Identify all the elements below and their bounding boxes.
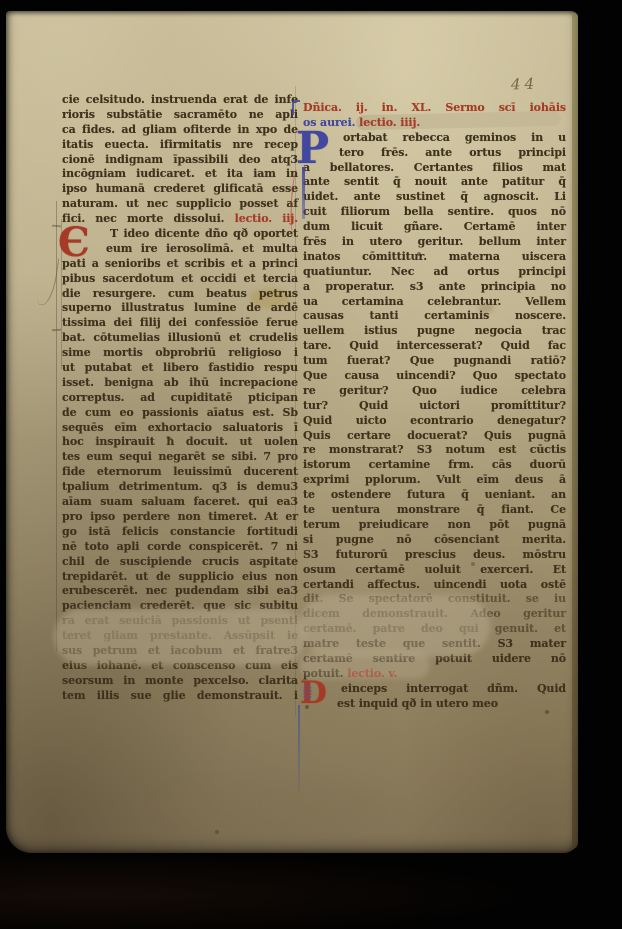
- body-text: seorsum in monte pexcelso. clarita: [62, 674, 298, 687]
- body-text: chil de suscipiende crucis aspitate: [62, 555, 298, 568]
- dark-table-surface: [0, 845, 622, 929]
- manuscript-line: certandi affectus. uincendi uota ostē: [303, 578, 566, 593]
- body-text: itatis euecta. ifirmitatis nre recep: [62, 138, 298, 151]
- manuscript-line: rioris substātie sacramēto ne apli: [62, 108, 298, 123]
- manuscript-line: hoc inspirauit ħ docuit. ut uolen: [62, 435, 298, 450]
- body-text: pibus sacerdotum et occidi et tercia: [62, 272, 298, 285]
- manuscript-line: os aurei. lectio. iiij.: [303, 116, 566, 131]
- manuscript-line: tem illis sue glie demonstrauit. i: [62, 689, 298, 704]
- body-text: Que causa uincendi? Quo spectato: [303, 369, 566, 382]
- parchment-speckles: [6, 11, 8, 13]
- manuscript-line: frēs in utero geritur. bellum inter: [303, 235, 566, 250]
- body-text: quatiuntur. Nec ad ortus principi: [303, 265, 566, 278]
- body-text: nē toto apli corde conspicerēt. 7 ni: [62, 540, 298, 553]
- body-text: die resurgere. cum beatus petrus: [62, 287, 298, 300]
- manuscript-line: istorum certamine frm. cās duorū: [303, 458, 566, 473]
- manuscript-line: inatos cōmittitur. materna uiscera: [303, 250, 566, 265]
- manuscript-line: Quid uicto econtrario denegatur?: [303, 414, 566, 429]
- body-text: si pugne nō cōsenciant merita.: [303, 533, 566, 546]
- manuscript-line: S3 futurorū prescius deus. mōstru: [303, 548, 566, 563]
- body-text: tum fuerat? Que pugnandi ratiō?: [303, 354, 566, 367]
- manuscript-line: pro ipso perdere non timeret. At er: [62, 510, 298, 525]
- body-text: go istā felicis constancie fortitudi: [62, 525, 298, 538]
- manuscript-line: Que causa uincendi? Quo spectato: [303, 369, 566, 384]
- manuscript-line: sime mortis obprobriū religioso i: [62, 346, 298, 361]
- manuscript-line: ipso humanā crederet glificatā esse: [62, 182, 298, 197]
- manuscript-line: T ideo dicente dño qð oportet: [62, 227, 298, 242]
- blue-paraph-mark: [292, 100, 300, 115]
- body-text: cie celsitudo. instruenda erat de infe: [62, 93, 298, 106]
- body-text: istorum certamine frm. cās duorū: [303, 458, 566, 471]
- manuscript-line: correptus. ad cupiditatē pticipan: [62, 391, 298, 406]
- manuscript-line: seorsum in monte pexcelso. clarita: [62, 674, 298, 689]
- body-text: isset. benigna ab ihū increpacione: [62, 376, 298, 389]
- manuscript-line: sequēs eīm exhortacio saluatoris ī: [62, 421, 298, 436]
- manuscript-line: die resurgere. cum beatus petrus: [62, 287, 298, 302]
- manuscript-line: a properatur. s3 ante principia no: [303, 280, 566, 295]
- body-text: T ideo dicente dño qð oportet: [110, 227, 298, 240]
- manuscript-line: cionē indignam īpassibili deo atq3: [62, 153, 298, 168]
- manuscript-line: pibus sacerdotum et occidi et tercia: [62, 272, 298, 287]
- body-text: re monstrarat? S3 notum est cūctis: [303, 443, 566, 456]
- initial-filigree-tail: [298, 705, 300, 793]
- body-text: est inquid qð in utero meo: [337, 697, 498, 710]
- parchment-page: 44 cie celsitudo. instruenda erat de inf…: [6, 11, 578, 853]
- body-text: sime mortis obprobriū religioso i: [62, 346, 298, 359]
- manuscript-line: Dñica. ij. in. XL. Sermo scī iohāis: [303, 101, 566, 116]
- manuscript-line: trepidarēt. ut de supplicio eius non: [62, 570, 298, 585]
- manuscript-line: si pugne nō cōsenciant merita.: [303, 533, 566, 548]
- body-text: inatos cōmittitur. materna uiscera: [303, 250, 566, 263]
- manuscript-line: cie celsitudo. instruenda erat de infe: [62, 93, 298, 108]
- body-text: tero frēs. ante ortus principi: [339, 146, 566, 159]
- manuscript-line: uidet. ante sustinet q̄ agnoscit. Li: [303, 190, 566, 205]
- body-text: fide eternorum leuissimū ducerent: [62, 465, 298, 478]
- body-text: osum certamē uoluit exerceri. Et: [303, 563, 566, 576]
- body-text: cionē indignam īpassibili deo atq3: [62, 153, 298, 166]
- body-text: naturam. ut nec supplicio posset af: [62, 197, 298, 210]
- body-text: exprimi pplorum. Vult eīm deus ā: [303, 473, 566, 486]
- body-text: superno illustratus lumine de ardē: [62, 301, 298, 314]
- body-text: cuit filiorum bella sentire. quos nō: [303, 205, 566, 218]
- body-text: sequēs eīm exhortacio saluatoris ī: [62, 421, 298, 434]
- manuscript-line: naturam. ut nec supplicio posset af: [62, 197, 298, 212]
- body-text: te uentura monstrare q̄ fiant. Ce: [303, 503, 566, 516]
- manuscript-line: fici. nec morte dissolui. lectio. iij.: [62, 212, 298, 227]
- manuscript-line: tum fuerat? Que pugnandi ratiō?: [303, 354, 566, 369]
- body-text: Quis certare docuerat? Quis pugnā: [303, 429, 566, 442]
- manuscript-line: fide eternorum leuissimū ducerent: [62, 465, 298, 480]
- body-text: tissima dei filij dei confessiōe ferue: [62, 316, 298, 329]
- body-text: certandi affectus. uincendi uota ostē: [303, 578, 566, 591]
- body-text: einceps interrogat dñm. Quid: [341, 682, 566, 695]
- parchment-stain: [156, 781, 376, 831]
- folio-number: 44: [511, 75, 539, 94]
- body-text: tes eum sequi negarēt se sibi. 7 pro: [62, 450, 298, 463]
- manuscript-line: quatiuntur. Nec ad ortus principi: [303, 265, 566, 280]
- manuscript-line: incōgniam iudicaret. et ita iam in: [62, 167, 298, 182]
- manuscript-photo: 44 cie celsitudo. instruenda erat de inf…: [0, 0, 622, 929]
- body-text: pro ipso perdere non timeret. At er: [62, 510, 298, 523]
- manuscript-line: tes eum sequi negarēt se sibi. 7 pro: [62, 450, 298, 465]
- manuscript-line: tur? Quid uictori promittitur?: [303, 399, 566, 414]
- body-text: re geritur? Quo iudice celebra: [303, 384, 566, 397]
- faded-ink-patch: [300, 595, 490, 657]
- body-text: Quid uicto econtrario denegatur?: [303, 414, 566, 427]
- manuscript-line: nē toto apli corde conspicerēt. 7 ni: [62, 540, 298, 555]
- body-text: S3 futurorū prescius deus. mōstru: [303, 548, 566, 561]
- manuscript-line: ut putabat et libero fastidio respu: [62, 361, 298, 376]
- body-text: uidet. ante sustinet q̄ agnoscit. Li: [303, 190, 566, 203]
- manuscript-line: de cum eo passionis aīatus est. Sb: [62, 406, 298, 421]
- rubric-text: Dñica. ij. in. XL. Sermo scī iohāis: [303, 101, 566, 114]
- manuscript-line: itatis euecta. ifirmitatis nre recep: [62, 138, 298, 153]
- body-text: causas tanti certaminis noscere.: [303, 309, 566, 322]
- body-text: ante sentit q̄ nouit ante patitur q̄: [303, 175, 566, 188]
- body-text: trepidarēt. ut de supplicio eius non: [62, 570, 298, 583]
- manuscript-line: tpalium detrimentum. q3 is demu3: [62, 480, 298, 495]
- manuscript-line: einceps interrogat dñm. Quid: [303, 682, 566, 697]
- manuscript-line: chil de suscipiende crucis aspitate: [62, 555, 298, 570]
- body-text: frēs in utero geritur. bellum inter: [303, 235, 566, 248]
- manuscript-line: erubescerēt. nec pudendam sibi ea3: [62, 584, 298, 599]
- body-text: ortabat rebecca geminos in u: [343, 131, 566, 144]
- manuscript-line: uellem istius pugne negocia trac: [303, 324, 566, 339]
- decorated-initial-D: D: [300, 678, 327, 709]
- body-text: hoc inspirauit ħ docuit. ut uolen: [62, 435, 298, 448]
- body-text: bat. cōtumelias illusionū et crudelis: [62, 331, 298, 344]
- decorated-initial-E: Є: [58, 223, 90, 263]
- manuscript-line: pati a senioribs et scribis et a princi: [62, 257, 298, 272]
- manuscript-line: causas tanti certaminis noscere.: [303, 309, 566, 324]
- body-text: rioris substātie sacramēto ne apli: [62, 108, 298, 121]
- manuscript-line: ua certamina celebrantur. Vellem: [303, 295, 566, 310]
- manuscript-line: tare. Quid intercesserat? Quid fac: [303, 339, 566, 354]
- faded-ink-patch: [300, 651, 430, 679]
- rubric-text: lectio. iij.: [235, 212, 298, 225]
- body-text: de cum eo passionis aīatus est. Sb: [62, 406, 298, 419]
- body-text: tare. Quid intercesserat? Quid fac: [303, 339, 566, 352]
- body-text: ipso humanā crederet glificatā esse: [62, 182, 298, 195]
- body-text: ut putabat et libero fastidio respu: [62, 361, 298, 374]
- manuscript-line: isset. benigna ab ihū increpacione: [62, 376, 298, 391]
- manuscript-line: cuit filiorum bella sentire. quos nō: [303, 205, 566, 220]
- body-text: ua certamina celebrantur. Vellem: [303, 295, 566, 308]
- body-text: a properatur. s3 ante principia no: [303, 280, 566, 293]
- manuscript-line: exprimi pplorum. Vult eīm deus ā: [303, 473, 566, 488]
- manuscript-line: aīam suam saluam faceret. qui ea3: [62, 495, 298, 510]
- body-text: aīam suam saluam faceret. qui ea3: [62, 495, 298, 508]
- manuscript-line: tissima dei filij dei confessiōe ferue: [62, 316, 298, 331]
- body-text: tem illis sue glie demonstrauit. i: [62, 689, 298, 702]
- manuscript-line: ca fides. ad gliam ofiterde in xpo de: [62, 123, 298, 138]
- manuscript-line: ante sentit q̄ nouit ante patitur q̄: [303, 175, 566, 190]
- body-text: ca fides. ad gliam ofiterde in xpo de: [62, 123, 298, 136]
- margin-tick-mark: [52, 329, 61, 331]
- body-text: dum licuit gñare. Certamē inter: [303, 220, 566, 233]
- manuscript-line: te uentura monstrare q̄ fiant. Ce: [303, 503, 566, 518]
- rubric-text: lectio. iiij.: [359, 116, 420, 129]
- body-text: tpalium detrimentum. q3 is demu3: [62, 480, 298, 493]
- body-text: te ostendere futura q̄ ueniant. an: [303, 488, 566, 501]
- manuscript-line: Quis certare docuerat? Quis pugnā: [303, 429, 566, 444]
- decorated-initial-P: P: [296, 127, 329, 171]
- manuscript-line: superno illustratus lumine de ardē: [62, 301, 298, 316]
- manuscript-line: ortabat rebecca geminos in u: [303, 131, 566, 146]
- faded-ink-patch: [54, 609, 306, 665]
- body-text: a bellatores. Certantes filios mat: [303, 161, 566, 174]
- manuscript-line: re monstrarat? S3 notum est cūctis: [303, 443, 566, 458]
- body-text: pati a senioribs et scribis et a princi: [62, 257, 298, 270]
- manuscript-line: osum certamē uoluit exerceri. Et: [303, 563, 566, 578]
- manuscript-line: bat. cōtumelias illusionū et crudelis: [62, 331, 298, 346]
- manuscript-line: eum ire ierosolimā. et multa: [62, 242, 298, 257]
- manuscript-line: a bellatores. Certantes filios mat: [303, 161, 566, 176]
- manuscript-line: tero frēs. ante ortus principi: [303, 146, 566, 161]
- manuscript-line: go istā felicis constancie fortitudi: [62, 525, 298, 540]
- manuscript-line: te ostendere futura q̄ ueniant. an: [303, 488, 566, 503]
- manuscript-line: terum preiudicare non pōt pugnā: [303, 518, 566, 533]
- body-text: erubescerēt. nec pudendam sibi ea3: [62, 584, 298, 597]
- body-text: tur? Quid uictori promittitur?: [303, 399, 566, 412]
- body-text: eum ire ierosolimā. et multa: [106, 242, 298, 255]
- body-text: uellem istius pugne negocia trac: [303, 324, 566, 337]
- manuscript-line: re geritur? Quo iudice celebra: [303, 384, 566, 399]
- body-text: incōgniam iudicaret. et ita iam in: [62, 167, 298, 180]
- body-text: correptus. ad cupiditatē pticipan: [62, 391, 298, 404]
- manuscript-line: est inquid qð in utero meo: [303, 697, 566, 712]
- body-text: terum preiudicare non pōt pugnā: [303, 518, 566, 531]
- manuscript-line: dum licuit gñare. Certamē inter: [303, 220, 566, 235]
